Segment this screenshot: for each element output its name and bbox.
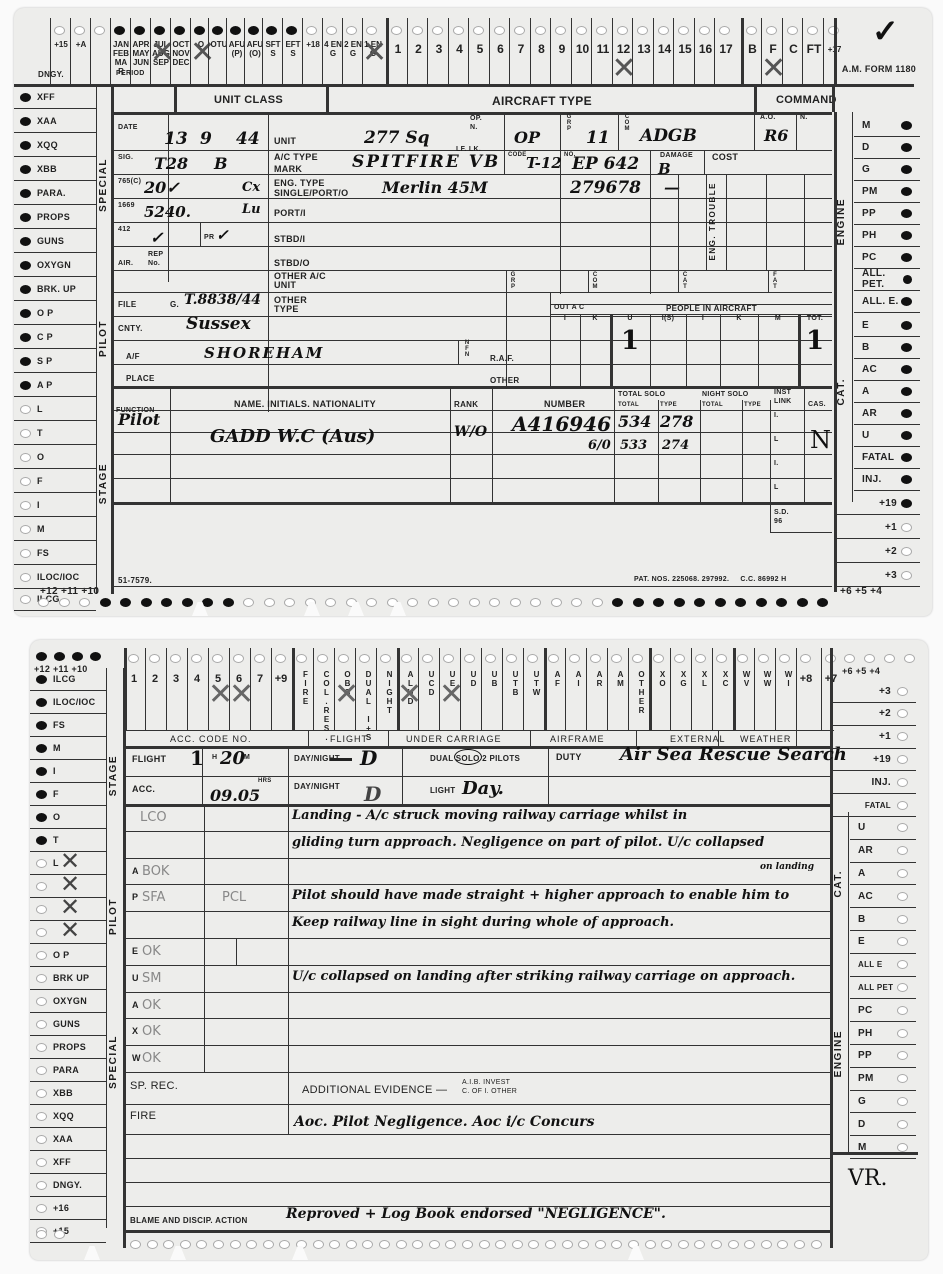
punch-hole — [36, 767, 47, 776]
right-code-d: D — [854, 136, 920, 159]
engine-label: ENGINE — [836, 198, 847, 245]
punch-hole — [149, 654, 160, 663]
acc-code-4: 4 — [189, 674, 205, 685]
punch-hole — [901, 321, 912, 330]
punch-hole — [612, 598, 623, 607]
left-code-brk-up: BRK UP — [30, 967, 106, 990]
right-code-pm: PM — [854, 180, 920, 203]
punch-hole — [545, 1240, 556, 1249]
punch-hole — [494, 26, 505, 35]
right-code-ph: PH — [854, 224, 920, 247]
code-3: 3 — [429, 44, 449, 55]
acc-code-3: 3 — [168, 674, 184, 685]
sig-value-2: B — [214, 154, 228, 173]
stbd-o-label: STBD/O — [274, 258, 310, 268]
punch-hole — [746, 26, 757, 35]
punch-hole — [897, 915, 908, 924]
punch-hole — [196, 1240, 207, 1249]
left-code-fs: FS — [30, 714, 106, 737]
left-code-o-p: O P — [14, 302, 96, 325]
left-code--16: +16 — [30, 1197, 106, 1220]
right-code-label: PM — [858, 1073, 874, 1084]
punch-hole — [617, 26, 628, 35]
f1669-value: 5240. — [144, 203, 191, 221]
punch-hole — [744, 1240, 755, 1249]
acc-code-ucd: UCD — [420, 670, 436, 697]
punch-hole — [510, 598, 521, 607]
left-code-para: PARA — [30, 1059, 106, 1082]
right-code-label: ALL. PET. — [862, 268, 903, 290]
crew-subheader: TYPE — [744, 402, 761, 408]
acc-code-dual-i-s: DUAL I+S — [357, 670, 373, 742]
acc-code-ud: UD — [462, 670, 478, 688]
special-label: SPECIAL — [98, 158, 109, 212]
code--18: +18 — [304, 40, 322, 49]
punch-hole — [246, 1240, 257, 1249]
engine-type-value: Merlin 45M — [382, 178, 488, 197]
engine-label: ENGINE — [833, 1030, 844, 1077]
punch-hole — [797, 598, 808, 607]
punch-hole — [699, 26, 710, 35]
punch-hole — [897, 778, 908, 787]
punch-hole — [897, 846, 908, 855]
day-night-value: D — [360, 746, 377, 770]
right-code-label: PC — [858, 1005, 873, 1016]
sig-value: T28 — [154, 154, 188, 173]
left-code-label: L — [37, 404, 43, 414]
acc-code-ai: AI — [567, 670, 583, 688]
reviewer-initials: VR. — [848, 1166, 887, 1191]
special-label: SPECIAL — [108, 1035, 119, 1089]
left-code-xaa: XAA — [30, 1128, 106, 1151]
punch-hole — [678, 1240, 689, 1249]
punch-hole — [645, 1240, 656, 1249]
punch-hole — [897, 687, 908, 696]
acc-code-am: AM — [609, 670, 625, 688]
left-code-label: XFF — [53, 1157, 71, 1167]
left-code-label: ILOC/IOC — [37, 572, 79, 582]
punch-hole — [569, 654, 580, 663]
total-solo-type: 278 — [660, 412, 693, 431]
right-code-label: M — [858, 1142, 867, 1153]
punch-hole — [711, 1240, 722, 1249]
punch-hole — [54, 26, 65, 35]
right-code-label: D — [858, 1119, 866, 1130]
left-code-label: I — [53, 766, 56, 776]
f765c-initials: Cx — [242, 180, 260, 195]
punch-hole — [611, 654, 622, 663]
duty-label: DUTY — [556, 752, 582, 762]
right-code-pc: PC — [854, 246, 920, 269]
right-code-u: U — [854, 424, 920, 447]
left-code-label: O — [37, 452, 44, 462]
right-code-ac: AC — [854, 358, 920, 381]
right-code-pc: PC — [850, 999, 916, 1022]
light-value: Day. — [462, 778, 504, 799]
acc-day-night-value: D — [364, 782, 381, 806]
left-code-m: M — [30, 737, 106, 760]
punch-hole — [264, 598, 275, 607]
punch-hole — [897, 1029, 908, 1038]
acc-code-night: NIGHT — [378, 670, 394, 715]
punch-hole — [548, 654, 559, 663]
left-code-label: O P — [37, 308, 53, 318]
punch-hole — [633, 598, 644, 607]
solo-circle — [454, 749, 482, 765]
left-code-xff: XFF — [14, 86, 96, 109]
flight-minutes: 20 — [220, 748, 245, 769]
punch-hole — [506, 654, 517, 663]
ac-no-value: EP 642 — [572, 154, 639, 174]
left-code-xff: XFF — [30, 1151, 106, 1174]
punch-hole — [36, 1135, 47, 1144]
left-code-f: F — [30, 783, 106, 806]
right-code-label: D — [862, 142, 870, 153]
punch-hole — [864, 654, 875, 663]
right-code-pp: PP — [850, 1045, 916, 1068]
out-ac-label: OUT A C — [554, 304, 584, 311]
left-code-label: XAA — [37, 116, 57, 126]
right-code-label: PP — [858, 1050, 872, 1061]
acc-code-utb: UTB — [504, 670, 520, 697]
pilot-label: PILOT — [108, 898, 119, 935]
acc-code-other: OTHER — [630, 670, 646, 715]
rep-no-label: REP No. — [148, 250, 168, 268]
punch-hole — [514, 26, 525, 35]
punch-hole — [817, 598, 828, 607]
code-1: 1 — [388, 44, 408, 55]
people-col-header: TOT. — [798, 315, 832, 322]
file-g: G. — [170, 300, 179, 309]
right-code-label: ALL. E. — [862, 296, 899, 307]
date-day: 13 — [164, 129, 188, 149]
code-10: 10 — [573, 44, 593, 55]
other-label: OTHER — [490, 376, 520, 385]
grp2-label: GRP — [508, 272, 517, 290]
raf-label: R.A.F. — [490, 354, 514, 363]
left-code-label: +16 — [53, 1203, 69, 1213]
acc-code-wi: WI — [777, 670, 793, 688]
punch-hole — [495, 1240, 506, 1249]
right-code--2: +2 — [836, 540, 920, 563]
inst-link-mark: I. — [774, 412, 779, 419]
right-code-fatal: FATAL — [854, 446, 920, 469]
right-code-all-e-: ALL. E. — [854, 290, 920, 313]
punch-hole — [20, 405, 31, 414]
left-code-label: XQQ — [53, 1111, 74, 1121]
punch-hole — [79, 598, 90, 607]
left-code-label: GUNS — [53, 1019, 80, 1029]
punch-hole — [422, 654, 433, 663]
left-code-iloc-ioc: ILOC/IOC — [14, 566, 96, 589]
right-code-label: ALL E — [858, 960, 882, 969]
punch-hole — [453, 26, 464, 35]
left-code-dngy-: DNGY. — [30, 1174, 106, 1197]
acc-time: 09.05 — [210, 786, 260, 805]
punch-hole — [897, 892, 908, 901]
left-code-label: C P — [37, 332, 53, 342]
punch-hole — [528, 1240, 539, 1249]
blame-label: BLAME AND DISCIP. ACTION — [130, 1216, 248, 1225]
code-prefix: X — [132, 1026, 138, 1036]
punch-hole — [901, 231, 912, 240]
airfield-label: A/F — [126, 352, 140, 361]
punch-hole — [20, 165, 31, 174]
punch-hole — [901, 121, 912, 130]
right-code-label: U — [858, 822, 866, 833]
left-code-brk-up: BRK. UP — [14, 278, 96, 301]
additional-evidence-label: ADDITIONAL EVIDENCE — — [302, 1084, 447, 1096]
code-prefix: U — [132, 973, 139, 983]
blame-value: Reproved + Log Book endorsed "NEGLIGENCE… — [286, 1206, 666, 1222]
punch-hole — [20, 549, 31, 558]
left-code-label: PROPS — [37, 212, 70, 222]
punch-hole — [637, 26, 648, 35]
punch-hole — [36, 836, 47, 845]
f1669-label: 1669 — [118, 202, 135, 209]
cause-code: OK — [142, 1051, 161, 1066]
cause-code: SM — [142, 971, 161, 986]
people-col-header: M — [758, 315, 798, 322]
punch-hole — [243, 598, 254, 607]
punch-hole — [897, 1051, 908, 1060]
punch-hole — [54, 652, 65, 661]
pr-value: ✓ — [216, 226, 229, 244]
left-code-label: GUNS — [37, 236, 64, 246]
punch-hole — [396, 1240, 407, 1249]
cause-code: LCO — [140, 810, 167, 825]
stbd-i-label: STBD/I — [274, 234, 305, 244]
punch-hole — [20, 237, 31, 246]
unit-label: UNIT — [274, 136, 296, 146]
narrative-line: Keep railway line in sight during whole … — [292, 915, 674, 930]
dngy-label: DNGY. — [38, 70, 64, 79]
accident-card-front: A.M. FORM 1180 ✓ UNIT CLASS AIRCRAFT TYP… — [14, 8, 932, 616]
punch-hole — [901, 187, 912, 196]
left-code-i: I — [30, 760, 106, 783]
punch-hole — [279, 1240, 290, 1249]
cause-code: SFA — [142, 890, 165, 905]
punch-hole — [163, 1240, 174, 1249]
left-code-para-: PARA. — [14, 182, 96, 205]
punch-hole — [329, 1240, 340, 1249]
punch-hole — [20, 595, 31, 604]
damage-label: DAMAGE — [660, 152, 693, 159]
aircraft-type-header: AIRCRAFT TYPE — [492, 94, 592, 108]
code-prefix: P — [132, 892, 138, 902]
fat2-label: FAT — [770, 272, 779, 290]
com-value: ADGB — [640, 126, 697, 146]
punch-hole — [36, 1089, 47, 1098]
period-label: PERIOD — [116, 70, 145, 77]
right-code-label: PC — [862, 252, 877, 263]
punch-hole — [897, 801, 908, 810]
punch-hole — [448, 598, 459, 607]
total-solo-total-2: 533 — [620, 438, 647, 453]
n-label: N. — [800, 114, 808, 121]
f412-value: ✓ — [150, 228, 163, 247]
right-code-a: A — [854, 380, 920, 403]
right-code-ac: AC — [850, 885, 916, 908]
cause-code: BOK — [142, 864, 169, 879]
punch-hole — [473, 26, 484, 35]
stage-label: STAGE — [98, 463, 109, 504]
section-header-external: EXTERNAL — [670, 734, 726, 744]
punch-hole — [134, 26, 145, 35]
right-code-label: FATAL — [862, 452, 894, 463]
punch-hole — [901, 365, 912, 374]
left-code-label: M — [37, 524, 45, 534]
left-code-label: DNGY. — [53, 1180, 82, 1190]
left-code-oxygn: OXYGN — [14, 254, 96, 277]
punch-hole — [737, 654, 748, 663]
card-notch — [292, 1246, 308, 1260]
left-code-l: L — [14, 398, 96, 421]
right-code-label: PM — [862, 186, 878, 197]
crew-header: NIGHT SOLO — [702, 390, 749, 399]
left-code-guns: GUNS — [30, 1013, 106, 1036]
punch-hole — [897, 755, 908, 764]
punch-hole — [213, 1240, 224, 1249]
right-code-d: D — [850, 1113, 916, 1136]
left-code-f: F — [14, 470, 96, 493]
crew-number-note: 6/0 — [588, 438, 611, 453]
left-code-label: XAA — [53, 1134, 73, 1144]
acc-code-ww: WW — [756, 670, 772, 688]
damage-value: B — [658, 160, 671, 178]
code-value: T-12 — [526, 154, 562, 172]
left-code-label: XFF — [37, 92, 55, 102]
crew-header: TOTAL SOLO — [618, 390, 665, 399]
punch-hole — [254, 654, 265, 663]
left-code-xbb: XBB — [30, 1082, 106, 1105]
code-efts: EFTS — [284, 40, 302, 58]
punch-hole — [595, 1240, 606, 1249]
people-raf-value: 1 — [798, 326, 832, 356]
code-6: 6 — [491, 44, 511, 55]
left-code-label: ILOC/IOC — [53, 697, 95, 707]
right-code--3: +3 — [836, 564, 920, 587]
cause-code: OK — [142, 998, 161, 1013]
op-value: OP — [514, 128, 540, 147]
place-label: PLACE — [126, 374, 155, 383]
punch-hole — [284, 598, 295, 607]
checkmark: ✓ — [872, 12, 899, 50]
punch-hole — [674, 598, 685, 607]
ao-label: A.O. — [760, 114, 776, 121]
form-id: A.M. FORM 1180 — [834, 64, 924, 74]
punch-hole — [130, 1240, 141, 1249]
left-code-label: T — [37, 428, 43, 438]
punch-hole — [359, 654, 370, 663]
punch-hole — [432, 26, 443, 35]
airfield-value: SHOREHAM — [204, 344, 324, 362]
punch-hole — [366, 598, 377, 607]
right-code--1: +1 — [832, 726, 916, 749]
punch-hole — [527, 654, 538, 663]
punch-hole — [154, 26, 165, 35]
sig-label: SIG. — [118, 154, 133, 161]
punch-hole — [901, 523, 912, 532]
punch-hole — [661, 1240, 672, 1249]
right-code-inj-: INJ. — [832, 771, 916, 794]
cause-code: OK — [142, 944, 161, 959]
left-code-o: O — [30, 806, 106, 829]
left-code-iloc-ioc: ILOC/IOC — [30, 691, 106, 714]
punch-hole — [901, 209, 912, 218]
section-header-weather: WEATHER — [740, 734, 791, 744]
right-code-label: ALL PET — [858, 983, 893, 992]
left-code-label: PARA. — [37, 188, 66, 198]
right-code-m: M — [854, 114, 920, 137]
punch-hole — [266, 26, 277, 35]
acc-code-ar: AR — [588, 670, 604, 688]
punch-hole — [715, 598, 726, 607]
right-code-pm: PM — [850, 1068, 916, 1091]
punch-hole — [794, 1240, 805, 1249]
left-code-m: M — [14, 518, 96, 541]
punch-hole — [20, 141, 31, 150]
acc-code-xg: XG — [672, 670, 688, 688]
section-header-acc-code-no-: ACC. CODE NO. — [170, 734, 252, 744]
punch-hole — [194, 26, 205, 35]
right-code-label: PH — [862, 230, 877, 241]
punch-hole — [36, 905, 47, 914]
code-16: 16 — [696, 44, 716, 55]
left-code-label: PROPS — [53, 1042, 86, 1052]
left-code-label: ILCG — [53, 674, 76, 684]
punch-hole — [36, 928, 47, 937]
ac-type-value: SPITFIRE VB — [352, 152, 500, 172]
flight-label: FLIGHT — [132, 754, 166, 764]
punch-hole — [296, 654, 307, 663]
left-code-xqq: XQQ — [30, 1105, 106, 1128]
cost-label: COST — [712, 152, 738, 162]
inst-link-mark: L — [774, 436, 779, 443]
duty-value: Air Sea Rescue Search — [620, 744, 847, 765]
punch-hole — [897, 1120, 908, 1129]
right-code-label: E — [858, 936, 865, 947]
punch-hole — [114, 26, 125, 35]
people-label: PEOPLE IN AIRCRAFT — [666, 304, 757, 313]
right-code-label: +19 — [879, 498, 897, 509]
right-code-label: AR — [862, 408, 877, 419]
right-code-inj-: INJ. — [854, 468, 920, 491]
punch-hole — [346, 1240, 357, 1249]
punch-hole — [844, 654, 855, 663]
right-code-label: +2 — [885, 546, 897, 557]
punch-hole — [611, 1240, 622, 1249]
right-code-label: A — [862, 386, 870, 397]
right-code-a: A — [850, 862, 916, 885]
cat-label: CAT. — [833, 870, 844, 897]
punch-hole — [170, 654, 181, 663]
punch-hole — [469, 598, 480, 607]
right-code-g: G — [850, 1090, 916, 1113]
punch-hole — [128, 654, 139, 663]
punch-hole — [735, 598, 746, 607]
left-code-o: O — [14, 446, 96, 469]
right-code-label: PP — [862, 208, 876, 219]
right-code-label: +19 — [873, 754, 891, 765]
punch-hole — [901, 253, 912, 262]
punch-hole — [551, 598, 562, 607]
punch-hole — [412, 1240, 423, 1249]
punch-hole — [758, 654, 769, 663]
code-17: 17 — [716, 44, 736, 55]
left-code-label: M — [53, 743, 61, 753]
punch-hole — [317, 654, 328, 663]
